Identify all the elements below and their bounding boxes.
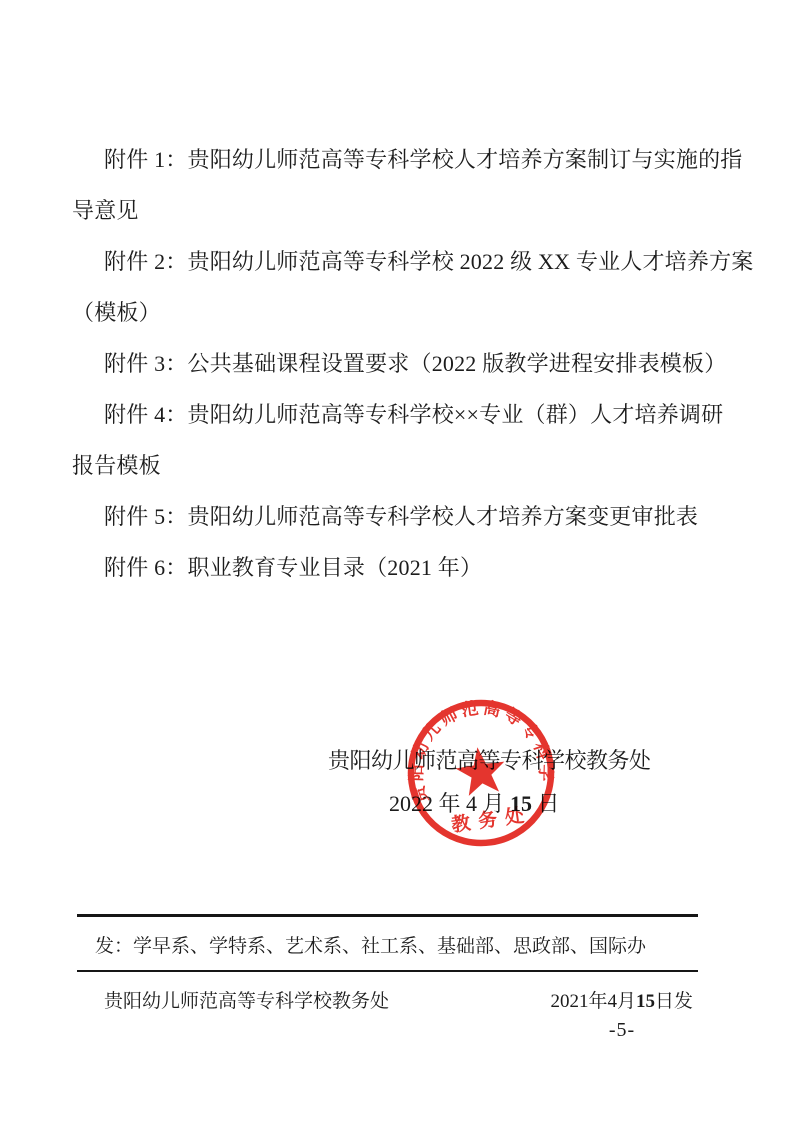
attachment-2-line-2: （模板）: [72, 287, 724, 338]
attachment-2-line-1: 附件 2：贵阳幼儿师范高等专科学校 2022 级 XX 专业人才培养方案: [72, 236, 724, 287]
footer-rule-bottom: [77, 970, 698, 972]
footer-issue-date-day: 15: [636, 991, 655, 1012]
distribution-line: 发：学早系、学特系、艺术系、社工系、基础部、思政部、国际办: [95, 931, 646, 958]
star-icon: [453, 744, 508, 797]
seal-arc-text-container: 贵阳幼儿师范高等专科学校: [406, 698, 556, 808]
footer-issue-date-suffix: 日发: [655, 991, 693, 1012]
attachment-6-line-1: 附件 6：职业教育专业目录（2021 年）: [72, 542, 724, 593]
attachment-4-line-1: 附件 4：贵阳幼儿师范高等专科学校××专业（群）人才培养调研: [72, 389, 724, 440]
attachment-3-line-1: 附件 3：公共基础课程设置要求（2022 版教学进程安排表模板）: [72, 338, 724, 389]
footer-publisher: 贵阳幼儿师范高等专科学校教务处: [104, 986, 389, 1013]
page-number: -5-: [601, 1019, 643, 1042]
document-page: 附件 1：贵阳幼儿师范高等专科学校人才培养方案制订与实施的指 导意见 附件 2：…: [0, 0, 793, 1122]
attachment-1-line-2: 导意见: [72, 185, 724, 236]
seal-arc-text: 贵阳幼儿师范高等专科学校: [406, 698, 556, 808]
footer-rule-top: [77, 914, 698, 917]
attachment-1-line-1: 附件 1：贵阳幼儿师范高等专科学校人才培养方案制订与实施的指: [72, 134, 724, 185]
footer-issue-date-prefix: 2021年4月: [550, 991, 636, 1012]
attachment-list: 附件 1：贵阳幼儿师范高等专科学校人才培养方案制订与实施的指 导意见 附件 2：…: [72, 134, 724, 593]
attachment-4-line-2: 报告模板: [72, 440, 724, 491]
official-seal: 贵阳幼儿师范高等专科学校 教务处: [406, 698, 556, 848]
attachment-5-line-1: 附件 5：贵阳幼儿师范高等专科学校人才培养方案变更审批表: [72, 491, 724, 542]
footer-issue-date: 2021年4月15日发: [550, 986, 693, 1013]
